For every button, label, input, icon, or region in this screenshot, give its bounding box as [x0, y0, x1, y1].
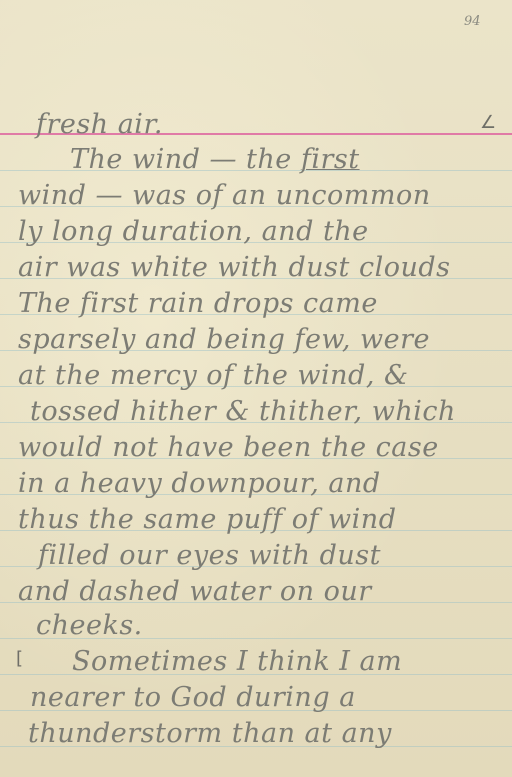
text-line-16: Sometimes I think I am [72, 645, 402, 679]
text-line-13: filled our eyes with dust [38, 539, 381, 573]
text-line-2: The wind — the first [70, 143, 360, 177]
text-line-9: tossed hither & thither, which [30, 395, 456, 429]
page-number: 94 [464, 14, 481, 29]
text-line-17: nearer to God during a [30, 681, 356, 715]
text-line-10: would not have been the case [18, 431, 439, 465]
text-line-18: thunderstorm than at any [28, 717, 392, 751]
text-line-11: in a heavy downpour, and [18, 467, 381, 501]
margin-bracket-mark: [ [16, 648, 23, 669]
text-line-6: The first rain drops came [18, 287, 378, 321]
text-line-3: wind — was of an uncommon [18, 179, 431, 213]
text-line-8: at the mercy of the wind, & [18, 359, 409, 393]
notebook-page: 94 ∠ [ fresh air. The wind — the first w… [0, 0, 512, 777]
underlined-word: first [301, 144, 360, 175]
text-line-12: thus the same puff of wind [18, 503, 396, 537]
text-line-15: cheeks. [36, 609, 143, 643]
text-line-4: ly long duration, and the [18, 215, 369, 249]
text-line-7: sparsely and being few, were [18, 323, 430, 357]
text-line-2-start: The wind — the [70, 144, 301, 175]
text-line-5: air was white with dust clouds [18, 251, 451, 285]
text-line-1: fresh air. [36, 108, 163, 142]
text-line-14: and dashed water on our [18, 575, 372, 609]
margin-angle-mark: ∠ [480, 112, 496, 133]
